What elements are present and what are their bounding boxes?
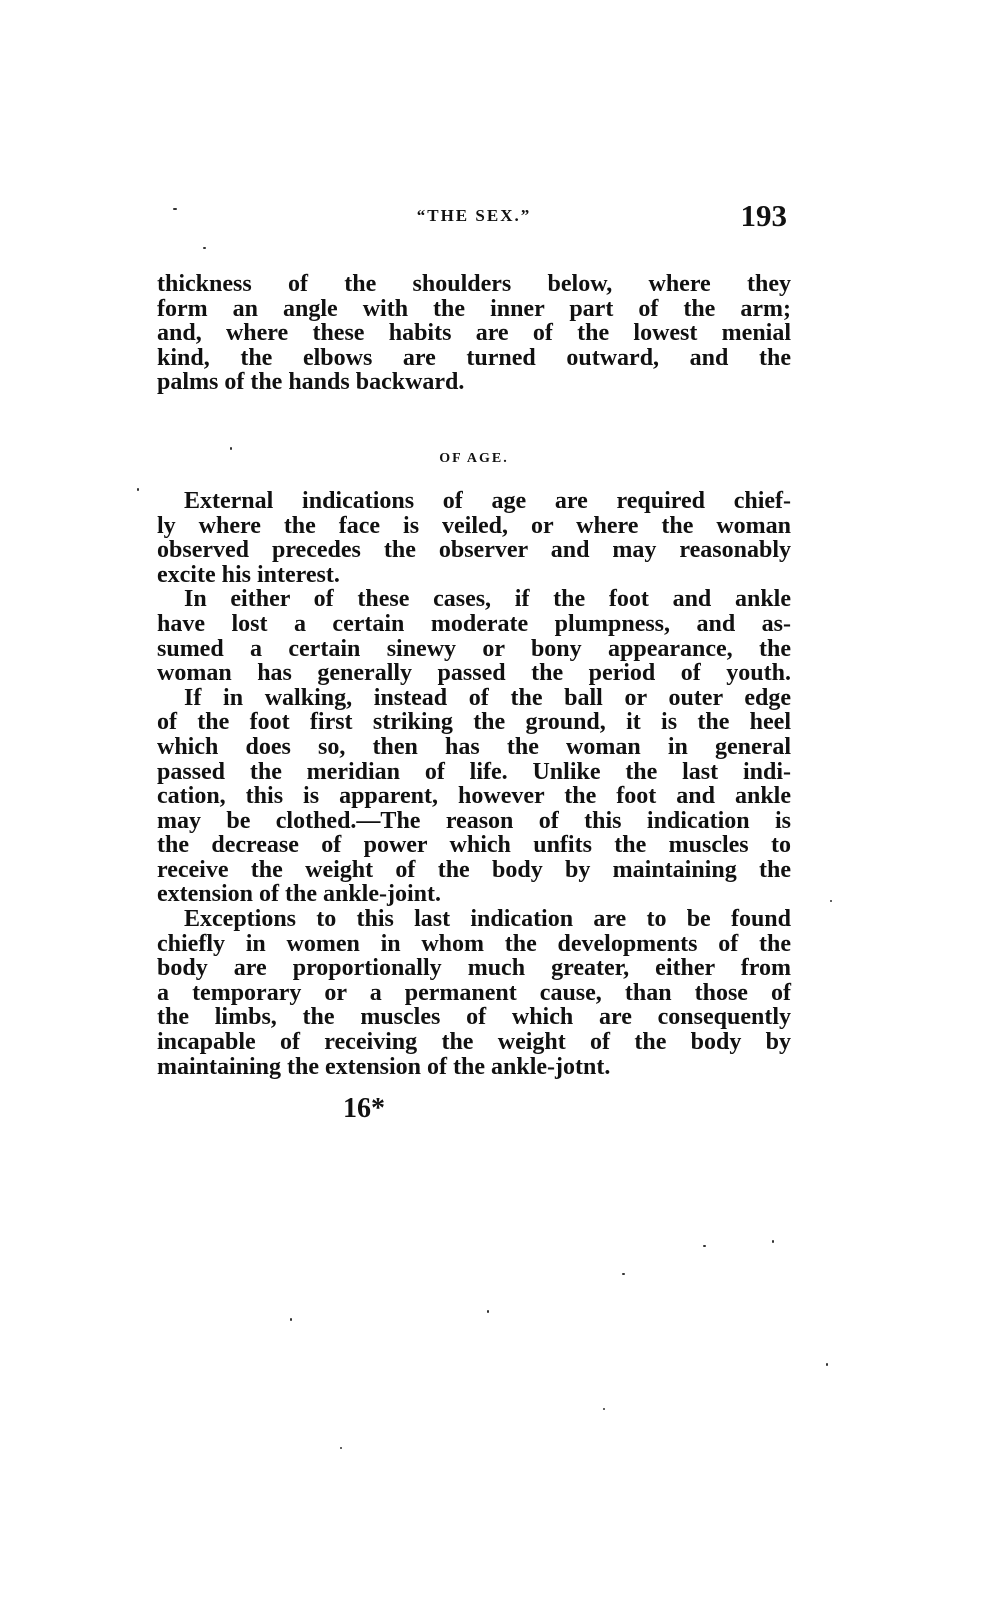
- scan-speck: [173, 208, 177, 210]
- text-line: extension of the ankle-joint.: [157, 882, 791, 907]
- text-line: observed precedes the observer and may r…: [157, 538, 791, 563]
- scan-speck: [487, 1310, 489, 1313]
- text-line: If in walking, instead of the ball or ou…: [157, 686, 791, 711]
- section-heading: OF AGE.: [157, 451, 791, 471]
- text-line: the limbs, the muscles of which are cons…: [157, 1005, 791, 1030]
- signature-mark: 16*: [157, 1093, 791, 1125]
- running-title: “THE SEX.”: [157, 206, 791, 226]
- scan-speck: [340, 1447, 342, 1449]
- scan-speck: [830, 900, 832, 902]
- text-line: which does so, then has the woman in gen…: [157, 735, 791, 760]
- text-line: ly where the face is veiled, or where th…: [157, 514, 791, 539]
- text-line: thickness of the shoulders below, where …: [157, 272, 791, 297]
- scan-speck: [772, 1240, 774, 1243]
- text-line: the decrease of power which unfits the m…: [157, 833, 791, 858]
- scan-speck: [137, 488, 139, 491]
- text-line: and, where these habits are of the lowes…: [157, 321, 791, 346]
- page-number: 193: [741, 198, 788, 234]
- text-line: passed the meridian of life. Unlike the …: [157, 760, 791, 785]
- text-line: incapable of receiving the weight of the…: [157, 1030, 791, 1055]
- scan-speck: [290, 1318, 292, 1321]
- text-line: have lost a certain moderate plumpness, …: [157, 612, 791, 637]
- text-line: sumed a certain sinewy or bony appearanc…: [157, 637, 791, 662]
- paragraph-exceptions: Exceptions to this last indication are t…: [157, 907, 791, 1079]
- text-line: body are proportionally much greater, ei…: [157, 956, 791, 981]
- text-line: palms of the hands backward.: [157, 370, 791, 395]
- text-line: form an angle with the inner part of the…: [157, 297, 791, 322]
- scan-speck: [703, 1245, 706, 1247]
- scan-speck: [230, 447, 232, 450]
- running-head: “THE SEX.” 193: [157, 200, 791, 240]
- text-line: cation, this is apparent, however the fo…: [157, 784, 791, 809]
- text-line: a temporary or a permanent cause, than t…: [157, 981, 791, 1006]
- text-line: chiefly in women in whom the development…: [157, 932, 791, 957]
- text-line: receive the weight of the body by mainta…: [157, 858, 791, 883]
- text-line: In either of these cases, if the foot an…: [157, 587, 791, 612]
- scan-speck: [826, 1363, 828, 1366]
- scan-speck: [622, 1273, 625, 1275]
- scan-speck: [203, 247, 206, 249]
- text-line: may be clothed.—The reason of this indic…: [157, 809, 791, 834]
- text-line: Exceptions to this last indication are t…: [157, 907, 791, 932]
- paragraph-foot-and-ankle: In either of these cases, if the foot an…: [157, 587, 791, 685]
- text-line: excite his interest.: [157, 563, 791, 588]
- text-line: of the foot first striking the ground, i…: [157, 710, 791, 735]
- scan-speck: [603, 1408, 605, 1410]
- book-page: “THE SEX.” 193 thickness of the shoulder…: [157, 200, 791, 1125]
- paragraph-external-indications: External indications of age are required…: [157, 489, 791, 587]
- text-line: woman has generally passed the period of…: [157, 661, 791, 686]
- text-line: External indications of age are required…: [157, 489, 791, 514]
- paragraph-continued: thickness of the shoulders below, where …: [157, 272, 791, 395]
- text-line: maintaining the extension of the ankle-j…: [157, 1055, 791, 1080]
- text-line: kind, the elbows are turned outward, and…: [157, 346, 791, 371]
- paragraph-walking: If in walking, instead of the ball or ou…: [157, 686, 791, 907]
